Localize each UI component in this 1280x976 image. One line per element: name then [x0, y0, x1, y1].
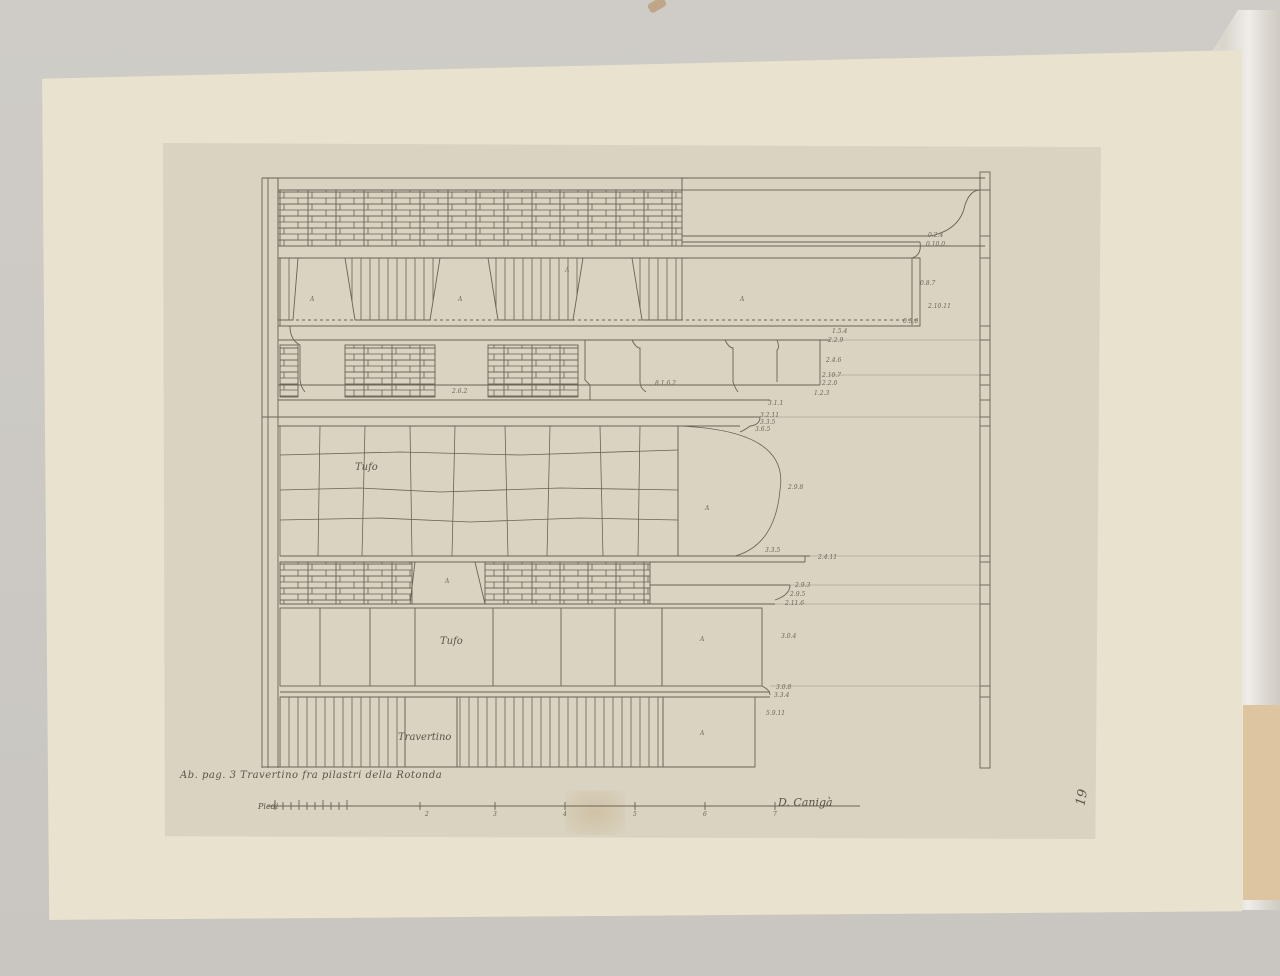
dimension-label: 0.10.0 [926, 241, 945, 248]
scale-unit-label: Piedi [258, 802, 278, 811]
draftsman-signature: D. Canigà [778, 796, 833, 809]
dimension-label: 2.9.5 [790, 591, 805, 598]
dimension-label: 3.1.1 [768, 400, 783, 407]
dimension-label: 3.3.4 [774, 692, 789, 699]
label-tufo-middle: Tufo [440, 636, 463, 647]
section-mark: A [700, 636, 704, 643]
scale-bar [268, 800, 860, 810]
travertino-base [262, 697, 755, 767]
label-tufo-upper: Tufo [355, 462, 378, 473]
folio-number: 19 [1073, 788, 1091, 807]
dimension-label: 3.2.11 [760, 412, 779, 419]
torus-course [262, 417, 760, 432]
dimension-label: 2.9.3 [795, 582, 810, 589]
dimension-label: 2.11.6 [785, 600, 804, 607]
tufo-block-row [280, 608, 770, 697]
dimension-label: 0.2.4 [928, 232, 943, 239]
dimension-label: 2.10.7 [822, 372, 841, 379]
dimension-label: 2.2.0 [822, 380, 837, 387]
section-mark: A [740, 296, 744, 303]
left-dimension-rules [262, 178, 278, 768]
dimension-label: 3.6.5 [755, 426, 770, 433]
elevation-drawing [0, 0, 1280, 976]
scale-tick-label: 4 [563, 811, 567, 818]
scale-tick-label: 6 [703, 811, 707, 818]
dimension-label: 2.6.2 [452, 388, 467, 395]
lower-brick-band [280, 556, 810, 604]
dimension-label: 2.10.11 [928, 303, 951, 310]
dimension-label: 2.9.8 [788, 484, 803, 491]
drawing-caption: Ab. pag. 3 Travertino fra pilastri della… [180, 770, 442, 781]
torus-curve [678, 426, 781, 556]
section-mark: A [565, 267, 569, 274]
dimension-label: 1.2.3 [814, 390, 829, 397]
pedestal-row [278, 326, 830, 400]
section-mark: A [705, 505, 709, 512]
section-mark: A [700, 730, 704, 737]
dimension-label: 8.1.6.2 [655, 380, 676, 387]
dimension-label: 3.3.5 [760, 419, 775, 426]
dimension-label: 3.0.8 [776, 684, 791, 691]
label-travertino: Travertino [398, 732, 451, 743]
section-mark: A [310, 296, 314, 303]
scale-tick-label: 2 [425, 811, 429, 818]
dimension-label: 3.3.5 [765, 547, 780, 554]
right-dimension-column [760, 172, 990, 768]
dimension-label: 5.9.11 [766, 710, 785, 717]
scale-tick-label: 3 [493, 811, 497, 818]
dimension-label: 2.4.6 [826, 357, 841, 364]
dimension-label: 3.0.4 [781, 633, 796, 640]
dimension-label: 0.8.7 [920, 280, 935, 287]
section-mark: A [458, 296, 462, 303]
rubble-masonry [280, 426, 781, 556]
dimension-label: 1.5.4 [832, 328, 847, 335]
dimension-label: 0.5.0 [903, 318, 918, 325]
frieze-pilasters [278, 258, 920, 326]
dimension-label: 2.4.11 [818, 554, 837, 561]
dimension-label: 2.2.9 [828, 337, 843, 344]
section-mark: A [445, 578, 449, 585]
scale-tick-label: 5 [633, 811, 637, 818]
scale-tick-label: 7 [773, 811, 777, 818]
